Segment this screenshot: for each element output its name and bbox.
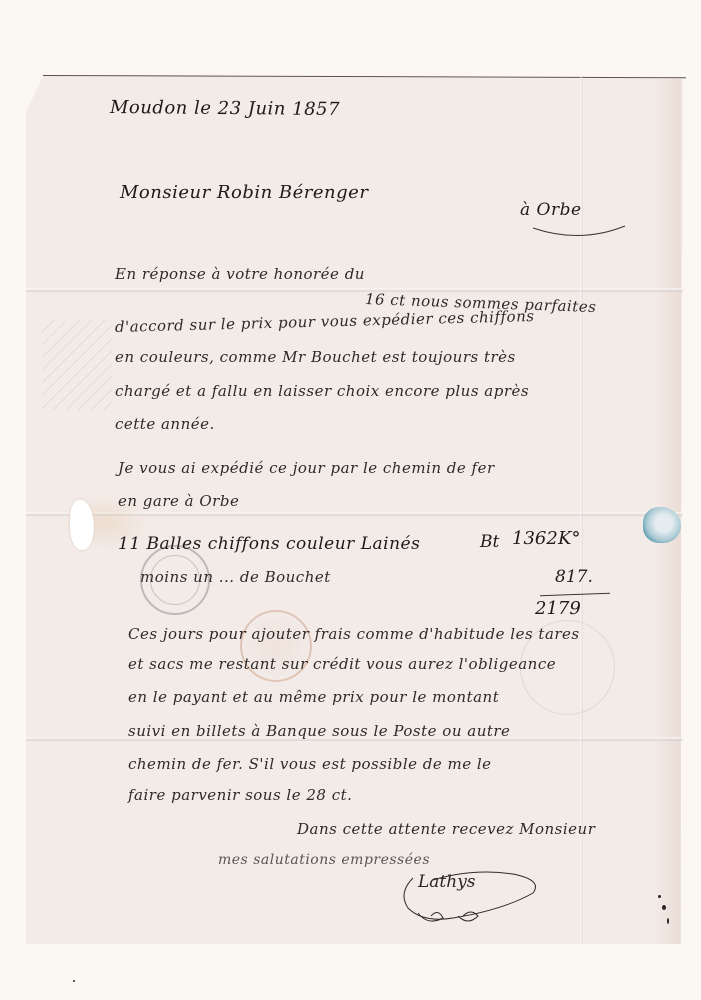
invoice-item-line: 11 Balles chiffons couleur Lainés: [118, 534, 420, 554]
closing-line: en le payant et au même prix pour le mon…: [128, 688, 499, 706]
valediction-line: Dans cette attente recevez Monsieur: [297, 820, 595, 838]
ink-speck: [73, 980, 75, 982]
horizontal-fold-line: [26, 288, 683, 292]
signature: Lathys: [418, 872, 476, 892]
closing-line: et sacs me restant sur crédit vous aurez…: [128, 655, 556, 673]
faint-margin-marks: [42, 320, 112, 410]
salutation-destination: à Orbe: [520, 200, 582, 220]
paper-tear: [70, 500, 94, 550]
closing-line: faire parvenir sous le 28 ct.: [128, 786, 352, 804]
invoice-gross-label: Bt: [480, 532, 499, 552]
body-line: cette année.: [115, 415, 215, 433]
body-line: chargé et a fallu en laisser choix encor…: [115, 382, 529, 400]
closing-line: suivi en billets à Banque sous le Poste …: [128, 722, 510, 740]
invoice-gross-value: 1362: [512, 528, 558, 549]
closing-line: chemin de fer. S'il vous est possible de…: [128, 755, 492, 773]
body-line: en gare à Orbe: [118, 492, 239, 510]
invoice-net-value: 2179: [535, 598, 581, 619]
valediction-line: mes salutations empressées: [218, 852, 430, 868]
body-line: En réponse à votre honorée du: [115, 265, 365, 283]
ink-speck: [667, 918, 669, 924]
invoice-tare-value: 817.: [555, 567, 593, 587]
dateline: Moudon le 23 Juin 1857: [110, 97, 340, 120]
body-line: Je vous ai expédié ce jour par le chemin…: [118, 459, 495, 477]
invoice-gross-unit: K°: [558, 528, 580, 549]
ink-speck: [658, 895, 661, 898]
body-line: en couleurs, comme Mr Bouchet est toujou…: [115, 348, 516, 366]
invoice-tare-line: moins un ... de Bouchet: [140, 568, 331, 586]
ink-speck: [662, 905, 666, 910]
destination-flourish: [525, 222, 635, 240]
closing-line: Ces jours pour ajouter frais comme d'hab…: [128, 625, 580, 643]
salutation: Monsieur Robin Bérenger: [120, 182, 368, 203]
wax-seal: [643, 507, 681, 543]
